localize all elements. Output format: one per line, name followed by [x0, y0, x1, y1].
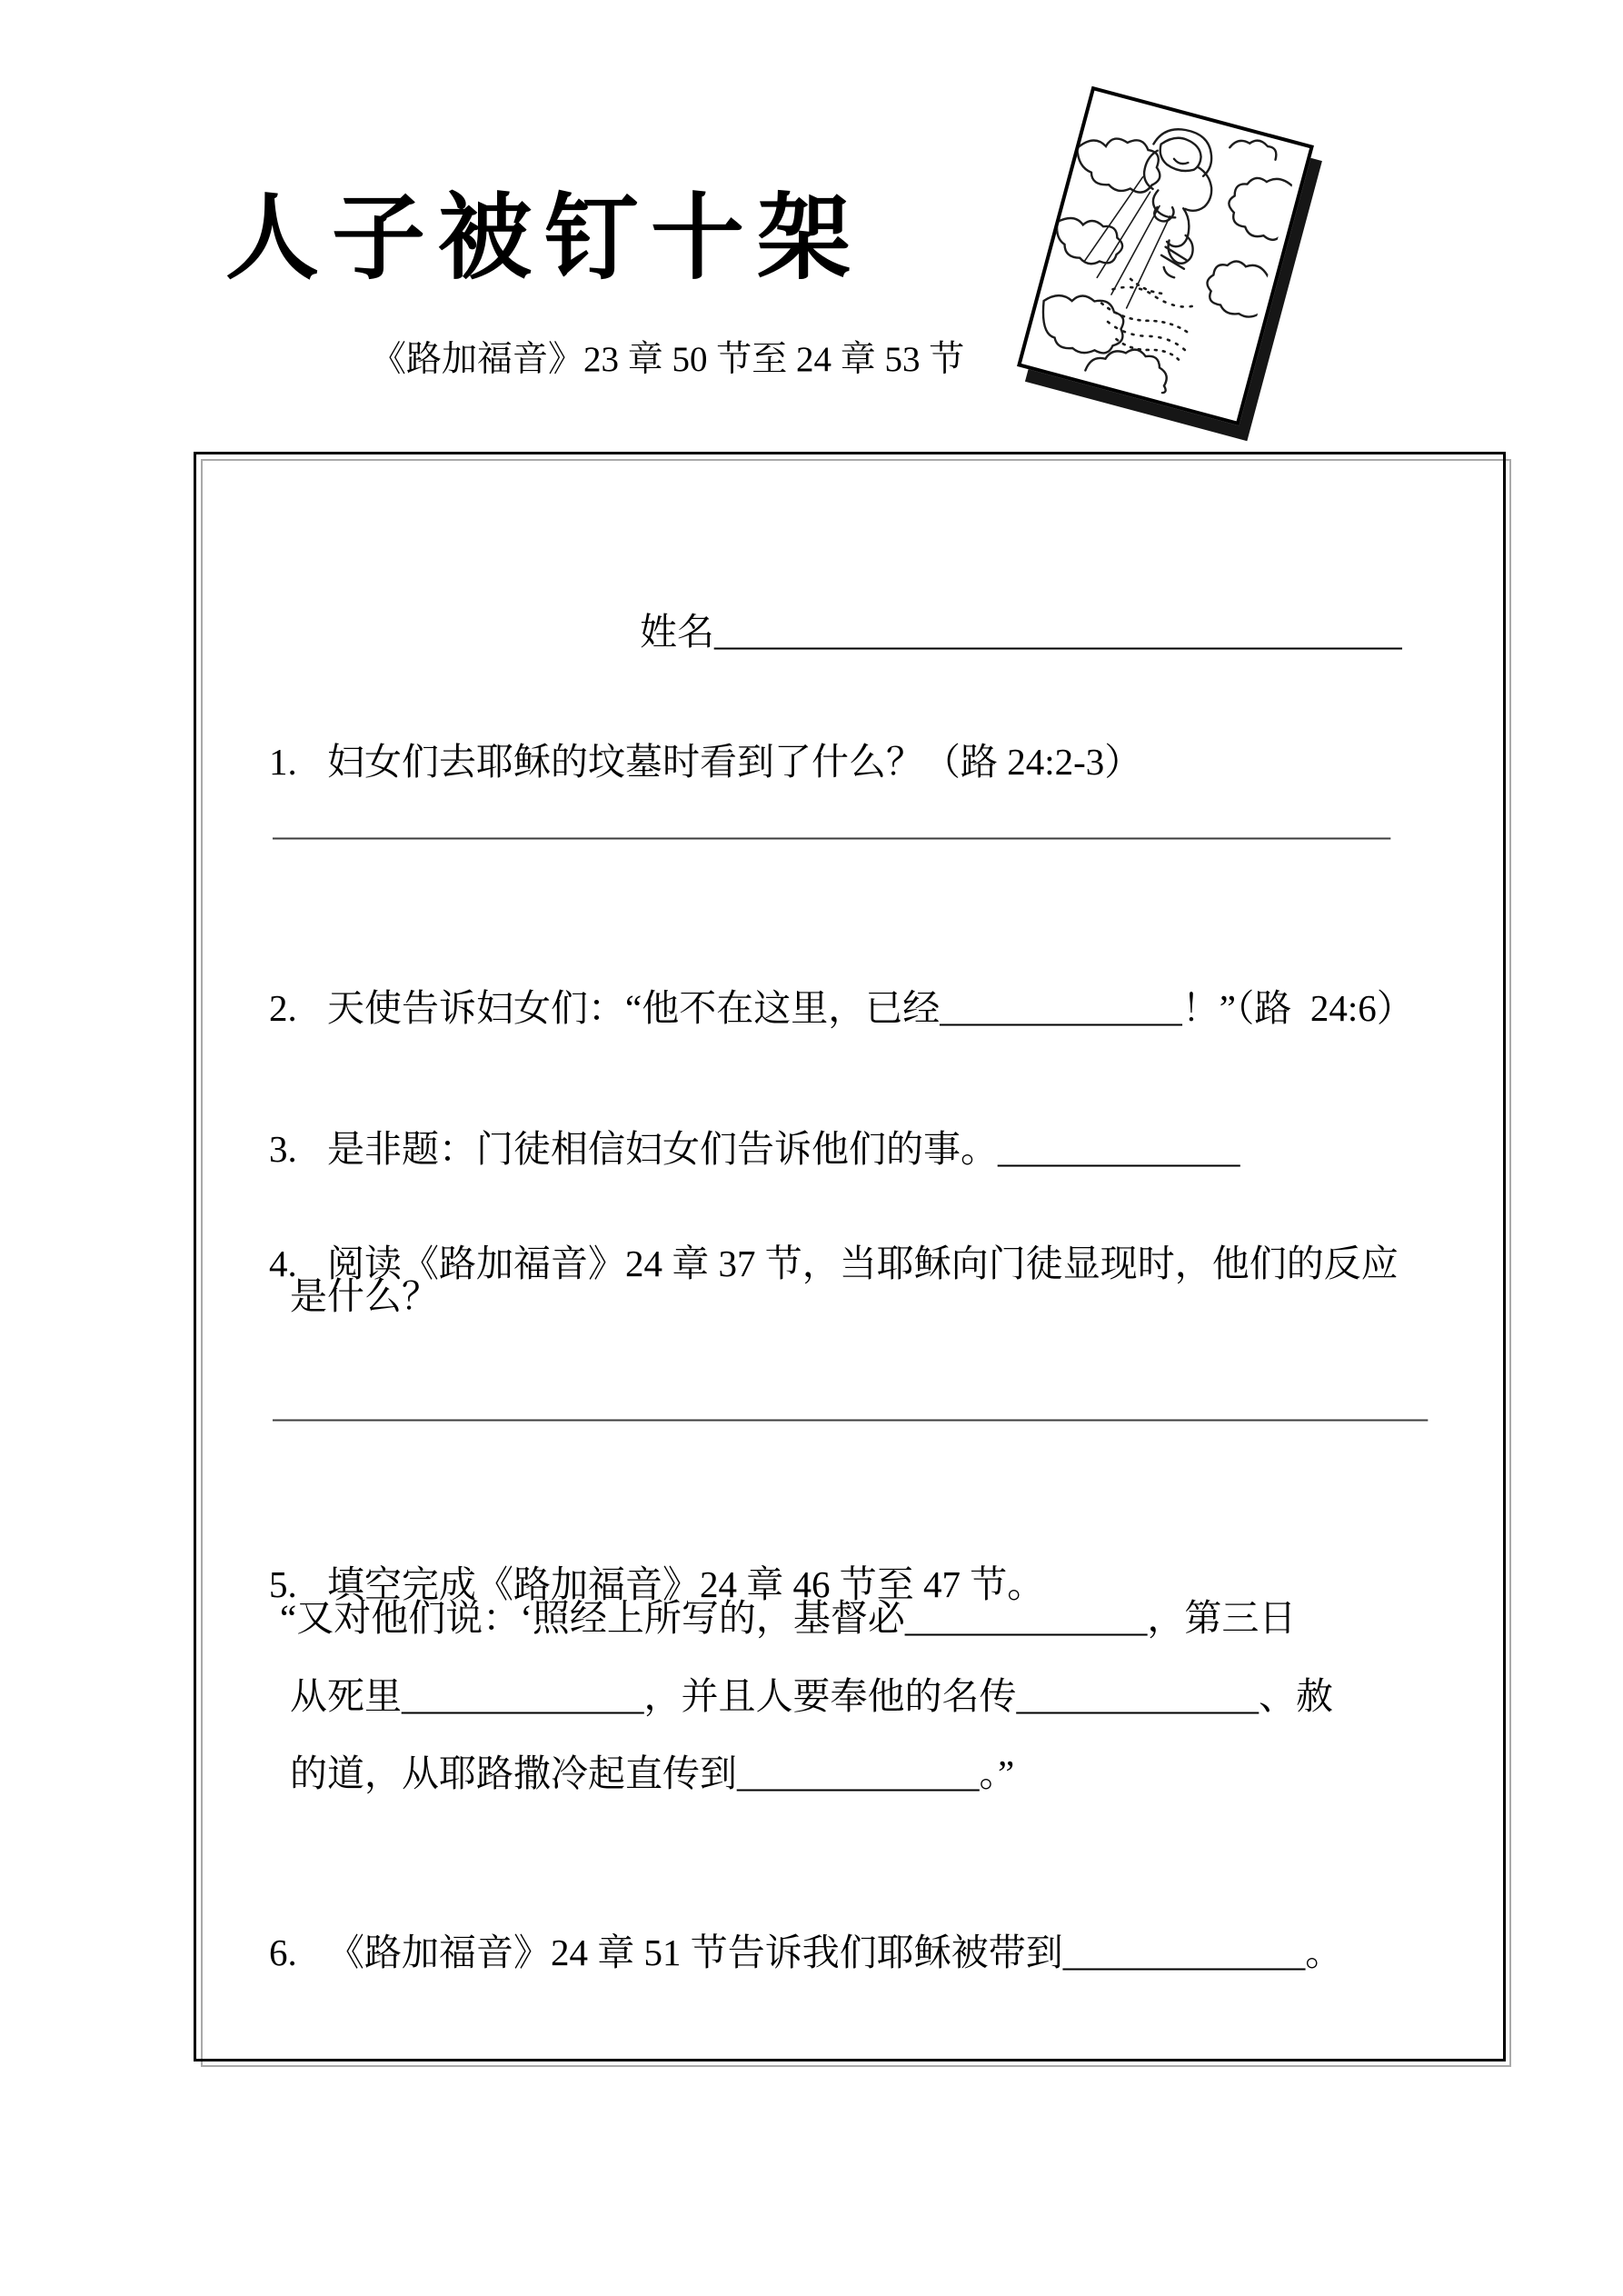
name-label: 姓名 — [640, 611, 714, 653]
question-4-answer-line: ________________________________________… — [273, 1385, 1447, 1423]
name-blank-line: ______________________________________ — [714, 611, 1402, 653]
question-2-text: 天使告诉妇女们：“他不在这里，已经_____________！”（路 24:6） — [327, 987, 1414, 1029]
question-6: 6.《路加福音》24 章 51 节告诉我们耶稣被带到_____________。 — [232, 1887, 1342, 2019]
question-1-answer-line: ________________________________________… — [273, 804, 1392, 842]
question-6-number: 6. — [269, 1931, 327, 1974]
question-2: 2.天使告诉妇女们：“他不在这里，已经_____________！”（路 24:… — [232, 943, 1414, 1074]
question-1-text: 妇女们去耶稣的坟墓时看到了什么？（路 24:2-3） — [327, 741, 1141, 783]
question-1-number: 1. — [269, 740, 327, 784]
scripture-reference: 《路加福音》23 章 50 节至 24 章 53 节 — [371, 342, 964, 377]
page-title: 人子被钉十架 — [225, 193, 863, 286]
question-4-text-line2: 是什么？ — [290, 1274, 439, 1318]
question-3-number: 3. — [269, 1127, 327, 1171]
question-5-text-line4: 的道，从耶路撒冷起直传到_____________。” — [290, 1752, 1014, 1795]
question-5-text-line2: “又对他们说：‘照经上所写的，基督必_____________，第三日 — [280, 1596, 1296, 1640]
worksheet-page: 人子被钉十架 《路加福音》23 章 50 节至 24 章 53 节 — [0, 0, 1623, 2296]
question-5-text-line3: 从死里_____________，并且人要奉他的名传_____________、… — [290, 1674, 1333, 1718]
question-3: 3.是非题：门徒相信妇女们告诉他们的事。_____________ — [232, 1083, 1240, 1215]
ascension-illustration — [1017, 86, 1314, 426]
question-6-text: 《路加福音》24 章 51 节告诉我们耶稣被带到_____________。 — [327, 1932, 1342, 1973]
name-line: 姓名______________________________________ — [602, 576, 1402, 688]
question-2-number: 2. — [269, 986, 327, 1030]
question-4-text-line1: 阅读《路加福音》24 章 37 节，当耶稣向门徒显现时，他们的反应 — [327, 1243, 1399, 1284]
question-3-text: 是非题：门徒相信妇女们告诉他们的事。_____________ — [327, 1128, 1240, 1170]
ascension-line-art-icon — [1023, 91, 1302, 413]
